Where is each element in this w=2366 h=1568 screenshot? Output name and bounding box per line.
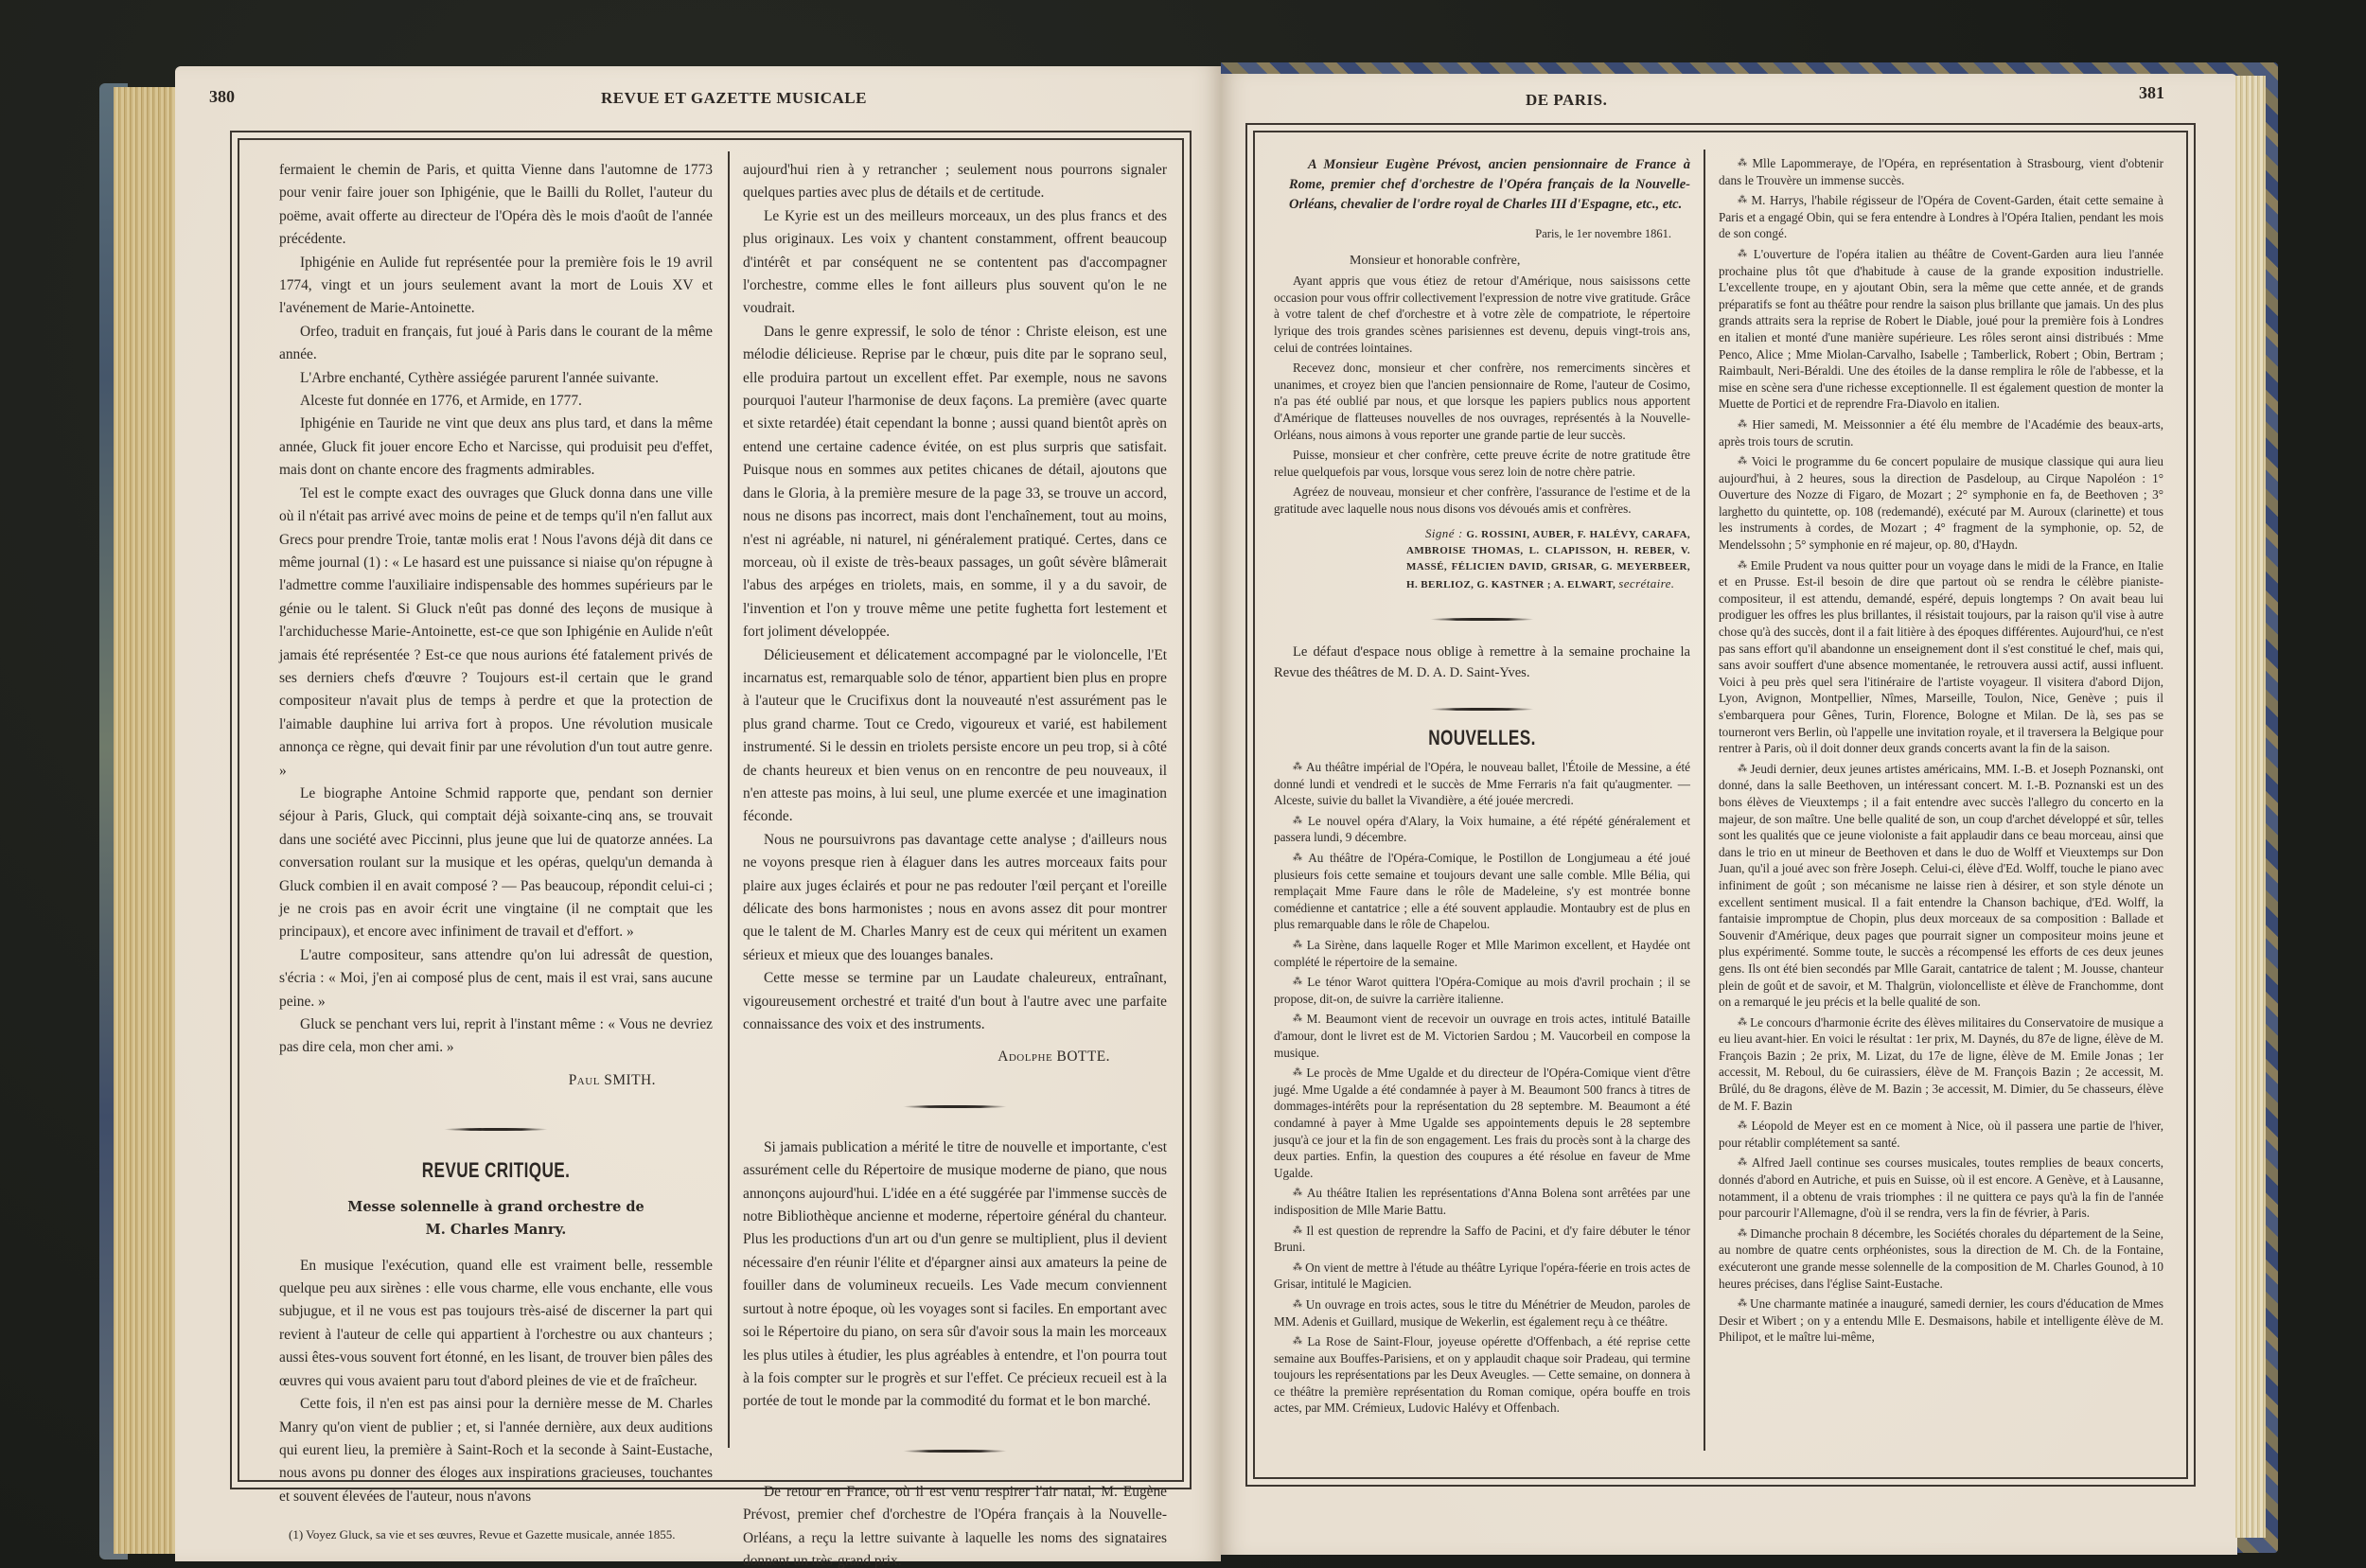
- article-subtitle: Messe solennelle à grand orchestre de: [279, 1196, 713, 1219]
- news-item: ⁂Emile Prudent va nous quitter pour un v…: [1719, 557, 2163, 757]
- author-signature: Adolphe BOTTE.: [743, 1046, 1167, 1068]
- asterism-icon: ⁂: [1738, 158, 1748, 168]
- paragraph: Alceste fut donnée en 1776, et Armide, e…: [279, 390, 713, 413]
- asterism-icon: ⁂: [1293, 1067, 1302, 1078]
- news-item: ⁂Le nouvel opéra d'Alary, la Voix humain…: [1274, 813, 1690, 846]
- news-item: ⁂On vient de mettre à l'étude au théâtre…: [1274, 1260, 1690, 1293]
- news-text: Une charmante matinée a inauguré, samedi…: [1719, 1296, 2163, 1344]
- news-text: L'ouverture de l'opéra italien au théâtr…: [1719, 247, 2163, 411]
- left-column-1: fermaient le chemin de Paris, et quitta …: [279, 159, 713, 1547]
- paragraph: Ayant appris que vous étiez de retour d'…: [1274, 273, 1690, 356]
- asterism-icon: ⁂: [1293, 1299, 1302, 1310]
- paragraph: Gluck se penchant vers lui, reprit à l'i…: [279, 1013, 713, 1060]
- news-text: Un ouvrage en trois actes, sous le titre…: [1274, 1297, 1690, 1329]
- news-text: Le procès de Mme Ugalde et du directeur …: [1274, 1066, 1690, 1180]
- article-subtitle-2: M. Charles Manry.: [279, 1219, 713, 1242]
- news-text: Léopold de Meyer est en ce moment à Nice…: [1719, 1119, 2163, 1150]
- paragraph: Tel est le compte exact des ouvrages que…: [279, 483, 713, 783]
- news-text: Jeudi dernier, deux jeunes artistes amér…: [1719, 762, 2163, 1009]
- signed-label: Signé :: [1425, 526, 1463, 540]
- news-text: La Rose de Saint-Flour, joyeuse opérette…: [1274, 1334, 1690, 1415]
- paragraph: Iphigénie en Aulide fut représentée pour…: [279, 252, 713, 321]
- news-item: ⁂Léopold de Meyer est en ce moment à Nic…: [1719, 1118, 2163, 1151]
- asterism-icon: ⁂: [1738, 1157, 1748, 1168]
- news-item: ⁂Il est question de reprendre la Saffo d…: [1274, 1223, 1690, 1256]
- paragraph: L'Arbre enchanté, Cythère assiégée parur…: [279, 367, 713, 390]
- page-edges-left: [114, 87, 180, 1554]
- asterism-icon: ⁂: [1738, 560, 1747, 571]
- column-divider: [728, 151, 730, 1448]
- asterism-icon: ⁂: [1738, 249, 1750, 259]
- news-item: ⁂M. Beaumont vient de recevoir un ouvrag…: [1274, 1011, 1690, 1061]
- paragraph: Puisse, monsieur et cher confrère, cette…: [1274, 447, 1690, 480]
- news-item: ⁂Le concours d'harmonie écrite des élève…: [1719, 1014, 2163, 1115]
- ornamental-rule: [903, 1105, 1007, 1108]
- paragraph: Cette fois, il n'en est pas ainsi pour l…: [279, 1393, 713, 1508]
- left-page: 380 REVUE ET GAZETTE MUSICALE fermaient …: [175, 66, 1221, 1561]
- letter-salutation: Monsieur et honorable confrère,: [1274, 253, 1690, 270]
- paragraph: Le biographe Antoine Schmid rapporte que…: [279, 783, 713, 944]
- page-number: 380: [209, 87, 235, 107]
- asterism-icon: ⁂: [1738, 195, 1747, 205]
- paragraph: Orfeo, traduit en français, fut joué à P…: [279, 321, 713, 367]
- paragraph: Dans le genre expressif, le solo de téno…: [743, 321, 1167, 644]
- paragraph: Iphigénie en Tauride ne vint que deux an…: [279, 413, 713, 482]
- news-item: ⁂Jeudi dernier, deux jeunes artistes amé…: [1719, 761, 2163, 1011]
- letter-address: A Monsieur Eugène Prévost, ancien pensio…: [1274, 155, 1690, 215]
- asterism-icon: ⁂: [1293, 762, 1302, 772]
- asterism-icon: ⁂: [1738, 1228, 1746, 1239]
- news-text: Au théâtre impérial de l'Opéra, le nouve…: [1274, 760, 1690, 807]
- news-text: Le concours d'harmonie écrite des élèves…: [1719, 1015, 2163, 1113]
- news-text: Le nouvel opéra d'Alary, la Voix humaine…: [1274, 814, 1690, 845]
- notice: Le défaut d'espace nous oblige à remettr…: [1274, 642, 1690, 683]
- right-page: DE PARIS. 381 A Monsieur Eugène Prévost,…: [1221, 74, 2237, 1555]
- asterism-icon: ⁂: [1293, 1225, 1302, 1236]
- news-item: ⁂Mlle Lapommeraye, de l'Opéra, en représ…: [1719, 155, 2163, 188]
- page-number: 381: [2139, 83, 2164, 103]
- paragraph: Si jamais publication a mérité le titre …: [743, 1136, 1167, 1414]
- news-text: Hier samedi, M. Meissonnier a été élu me…: [1719, 417, 2163, 449]
- news-list: ⁂Mlle Lapommeraye, de l'Opéra, en représ…: [1719, 155, 2163, 1346]
- news-list: ⁂Au théâtre impérial de l'Opéra, le nouv…: [1274, 759, 1690, 1417]
- page-edges-right: [2235, 76, 2266, 1538]
- news-text: Mlle Lapommeraye, de l'Opéra, en représe…: [1719, 156, 2163, 187]
- news-text: Alfred Jaell continue ses courses musica…: [1719, 1155, 2163, 1220]
- paragraph: Nous ne poursuivrons pas davantage cette…: [743, 829, 1167, 967]
- news-item: ⁂Au théâtre Italien les représentations …: [1274, 1185, 1690, 1218]
- signatory-role: secrétaire.: [1618, 576, 1674, 590]
- left-column-2: aujourd'hui rien à y retrancher ; seulem…: [743, 159, 1167, 1568]
- paragraph: De retour en France, où il est venu resp…: [743, 1481, 1167, 1568]
- column-divider: [1704, 150, 1705, 1451]
- asterism-icon: ⁂: [1293, 977, 1303, 987]
- author-signature: Paul SMITH.: [279, 1069, 713, 1092]
- news-item: ⁂Dimanche prochain 8 décembre, les Socié…: [1719, 1225, 2163, 1292]
- news-text: M. Beaumont vient de recevoir un ouvrage…: [1274, 1012, 1690, 1059]
- asterism-icon: ⁂: [1293, 1013, 1303, 1024]
- news-text: Au théâtre de l'Opéra-Comique, le Postil…: [1274, 851, 1690, 931]
- news-item: ⁂Au théâtre de l'Opéra-Comique, le Posti…: [1274, 850, 1690, 933]
- news-item: ⁂Au théâtre impérial de l'Opéra, le nouv…: [1274, 759, 1690, 809]
- right-column-2: ⁂Mlle Lapommeraye, de l'Opéra, en représ…: [1719, 155, 2163, 1349]
- asterism-icon: ⁂: [1738, 1120, 1748, 1131]
- ornamental-rule: [444, 1128, 548, 1131]
- paragraph: fermaient le chemin de Paris, et quitta …: [279, 159, 713, 252]
- news-text: Voici le programme du 6e concert populai…: [1719, 454, 2163, 552]
- news-item: ⁂Hier samedi, M. Meissonnier a été élu m…: [1719, 416, 2163, 449]
- news-item: ⁂L'ouverture de l'opéra italien au théât…: [1719, 246, 2163, 413]
- ornamental-rule: [1430, 708, 1534, 711]
- ornamental-rule: [903, 1450, 1007, 1453]
- news-item: ⁂Voici le programme du 6e concert popula…: [1719, 453, 2163, 554]
- news-item: ⁂Une charmante matinée a inauguré, samed…: [1719, 1295, 2163, 1346]
- news-item: ⁂Le ténor Warot quittera l'Opéra-Comique…: [1274, 974, 1690, 1007]
- asterism-icon: ⁂: [1293, 1262, 1301, 1273]
- asterism-icon: ⁂: [1738, 419, 1748, 430]
- news-item: ⁂La Sirène, dans laquelle Roger et Mlle …: [1274, 937, 1690, 970]
- news-item: ⁂La Rose de Saint-Flour, joyeuse opérett…: [1274, 1333, 1690, 1417]
- news-item: ⁂Un ouvrage en trois actes, sous le titr…: [1274, 1296, 1690, 1330]
- news-item: ⁂Le procès de Mme Ugalde et du directeur…: [1274, 1065, 1690, 1181]
- asterism-icon: ⁂: [1738, 1017, 1746, 1028]
- news-text: Dimanche prochain 8 décembre, les Sociét…: [1719, 1226, 2163, 1291]
- paragraph: aujourd'hui rien à y retrancher ; seulem…: [743, 159, 1167, 205]
- news-item: ⁂M. Harrys, l'habile régisseur de l'Opér…: [1719, 192, 2163, 242]
- running-head: REVUE ET GAZETTE MUSICALE: [601, 89, 867, 108]
- news-text: M. Harrys, l'habile régisseur de l'Opéra…: [1719, 193, 2163, 240]
- asterism-icon: ⁂: [1293, 853, 1304, 863]
- news-text: Il est question de reprendre la Saffo de…: [1274, 1224, 1690, 1255]
- asterism-icon: ⁂: [1293, 940, 1303, 950]
- footnote: (1) Voyez Gluck, sa vie et ses œuvres, R…: [279, 1524, 713, 1546]
- news-text: La Sirène, dans laquelle Roger et Mlle M…: [1274, 938, 1690, 969]
- paragraph: L'autre compositeur, sans attendre qu'on…: [279, 944, 713, 1013]
- paragraph: Recevez donc, monsieur et cher confrère,…: [1274, 360, 1690, 443]
- paragraph: Le Kyrie est un des meilleurs morceaux, …: [743, 205, 1167, 321]
- asterism-icon: ⁂: [1293, 1188, 1303, 1198]
- asterism-icon: ⁂: [1738, 1298, 1746, 1309]
- right-column-1: A Monsieur Eugène Prévost, ancien pensio…: [1274, 155, 1690, 1420]
- paragraph: Agréez de nouveau, monsieur et cher conf…: [1274, 484, 1690, 517]
- asterism-icon: ⁂: [1738, 764, 1746, 774]
- asterism-icon: ⁂: [1293, 1336, 1303, 1347]
- paragraph: Cette messe se termine par un Laudate ch…: [743, 967, 1167, 1036]
- section-title: NOUVELLES.: [1319, 730, 1644, 747]
- section-title: REVUE CRITIQUE.: [327, 1159, 664, 1182]
- letter-dateline: Paris, le 1er novembre 1861.: [1274, 226, 1690, 243]
- news-text: Au théâtre Italien les représentations d…: [1274, 1186, 1690, 1217]
- running-head: DE PARIS.: [1526, 91, 1607, 110]
- letter-signatories: Signé : G. ROSSINI, AUBER, F. HALÉVY, CA…: [1274, 525, 1690, 593]
- paragraph: En musique l'exécution, quand elle est v…: [279, 1255, 713, 1393]
- asterism-icon: ⁂: [1738, 456, 1748, 467]
- news-item: ⁂Alfred Jaell continue ses courses music…: [1719, 1154, 2163, 1221]
- news-text: Emile Prudent va nous quitter pour un vo…: [1719, 558, 2163, 756]
- news-text: On vient de mettre à l'étude au théâtre …: [1274, 1260, 1690, 1292]
- asterism-icon: ⁂: [1293, 816, 1304, 826]
- paragraph: Délicieusement et délicatement accompagn…: [743, 644, 1167, 829]
- news-text: Le ténor Warot quittera l'Opéra-Comique …: [1274, 975, 1690, 1006]
- ornamental-rule: [1430, 618, 1534, 621]
